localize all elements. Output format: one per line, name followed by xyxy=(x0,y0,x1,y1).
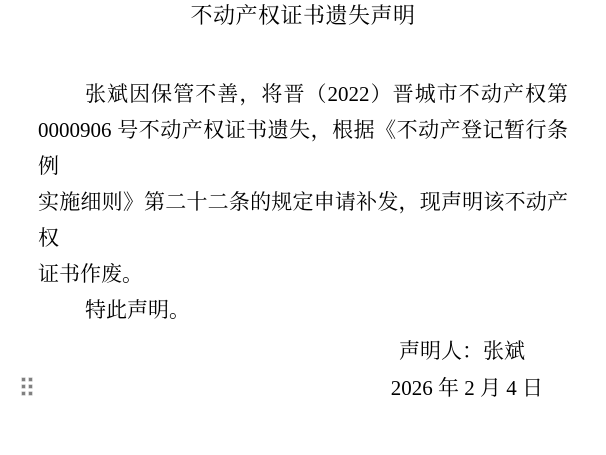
grip-dot xyxy=(22,385,25,388)
closing-line: 特此声明。 xyxy=(38,292,568,328)
document-page: 不动产权证书遗失声明 张斌因保管不善，将晋（2022）晋城市不动产权第 0000… xyxy=(0,0,606,455)
declarant-signature: 声明人：张斌 xyxy=(399,338,525,364)
paragraph-line: 张斌因保管不善，将晋（2022）晋城市不动产权第 xyxy=(38,76,568,112)
grip-dot xyxy=(29,378,32,381)
paragraph-line: 证书作废。 xyxy=(38,256,568,292)
drag-handle-icon[interactable] xyxy=(22,378,32,395)
grip-dot xyxy=(22,392,25,395)
paragraph-line: 0000906 号不动产权证书遗失，根据《不动产登记暂行条例 xyxy=(38,112,568,184)
grip-dot xyxy=(22,378,25,381)
paragraph-line: 实施细则》第二十二条的规定申请补发，现声明该不动产权 xyxy=(38,184,568,256)
document-title: 不动产权证书遗失声明 xyxy=(0,3,606,29)
grip-dot xyxy=(29,385,32,388)
declaration-paragraph: 张斌因保管不善，将晋（2022）晋城市不动产权第 0000906 号不动产权证书… xyxy=(38,76,568,328)
grip-dot xyxy=(29,392,32,395)
declaration-date: 2026 年 2 月 4 日 xyxy=(391,375,543,401)
